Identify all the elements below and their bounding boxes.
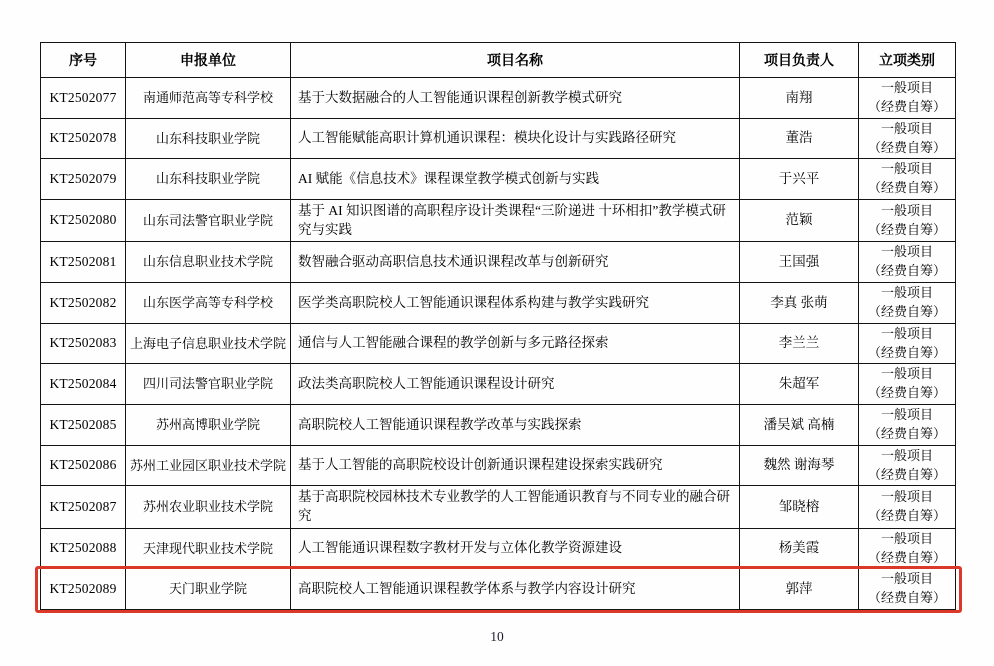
cell-title: 基于 AI 知识图谱的高职程序设计类课程“三阶递进 十环相扣”教学模式研究与实践 (291, 200, 740, 242)
cell-category: 一般项目 （经费自筹） (859, 159, 956, 200)
table-row: KT2502089 天门职业学院 高职院校人工智能通识课程教学体系与教学内容设计… (41, 569, 956, 610)
cell-leader: 郭萍 (740, 569, 859, 610)
cell-serial: KT2502087 (41, 486, 126, 528)
cell-serial: KT2502088 (41, 528, 126, 569)
table-row: KT2502077 南通师范高等专科学校 基于大数据融合的人工智能通识课程创新教… (41, 78, 956, 119)
cell-category: 一般项目 （经费自筹） (859, 323, 956, 364)
table-row: KT2502085 苏州高博职业学院 高职院校人工智能通识课程教学改革与实践探索… (41, 405, 956, 446)
projects-table: 序号 申报单位 项目名称 项目负责人 立项类别 KT2502077 南通师范高等… (40, 42, 956, 610)
cell-leader: 范颖 (740, 200, 859, 242)
cell-category: 一般项目 （经费自筹） (859, 445, 956, 486)
table-row: KT2502080 山东司法警官职业学院 基于 AI 知识图谱的高职程序设计类课… (41, 200, 956, 242)
column-header-org: 申报单位 (126, 43, 291, 78)
cell-org: 天门职业学院 (126, 569, 291, 610)
table-row: KT2502078 山东科技职业学院 人工智能赋能高职计算机通识课程：模块化设计… (41, 118, 956, 159)
cell-org: 苏州工业园区职业技术学院 (126, 445, 291, 486)
table-row: KT2502082 山东医学高等专科学校 医学类高职院校人工智能通识课程体系构建… (41, 283, 956, 324)
column-header-category: 立项类别 (859, 43, 956, 78)
cell-leader: 邹晓榕 (740, 486, 859, 528)
column-header-title: 项目名称 (291, 43, 740, 78)
table-row: KT2502084 四川司法警官职业学院 政法类高职院校人工智能通识课程设计研究… (41, 364, 956, 405)
cell-serial: KT2502081 (41, 242, 126, 283)
cell-title: 基于人工智能的高职院校设计创新通识课程建设探索实践研究 (291, 445, 740, 486)
cell-leader: 李真 张萌 (740, 283, 859, 324)
cell-category: 一般项目 （经费自筹） (859, 78, 956, 119)
cell-org: 苏州高博职业学院 (126, 405, 291, 446)
cell-title: 基于大数据融合的人工智能通识课程创新教学模式研究 (291, 78, 740, 119)
table-row: KT2502083 上海电子信息职业技术学院 通信与人工智能融合课程的教学创新与… (41, 323, 956, 364)
cell-title: 通信与人工智能融合课程的教学创新与多元路径探索 (291, 323, 740, 364)
cell-category: 一般项目 （经费自筹） (859, 364, 956, 405)
cell-org: 山东司法警官职业学院 (126, 200, 291, 242)
cell-serial: KT2502085 (41, 405, 126, 446)
table-header-row: 序号 申报单位 项目名称 项目负责人 立项类别 (41, 43, 956, 78)
cell-serial: KT2502079 (41, 159, 126, 200)
cell-org: 山东科技职业学院 (126, 118, 291, 159)
cell-serial: KT2502084 (41, 364, 126, 405)
cell-serial: KT2502083 (41, 323, 126, 364)
table-row: KT2502079 山东科技职业学院 AI 赋能《信息技术》课程课堂教学模式创新… (41, 159, 956, 200)
cell-title: 政法类高职院校人工智能通识课程设计研究 (291, 364, 740, 405)
cell-category: 一般项目 （经费自筹） (859, 118, 956, 159)
page-number: 10 (0, 629, 994, 645)
cell-title: 高职院校人工智能通识课程教学体系与教学内容设计研究 (291, 569, 740, 610)
cell-leader: 董浩 (740, 118, 859, 159)
cell-serial: KT2502080 (41, 200, 126, 242)
cell-serial: KT2502089 (41, 569, 126, 610)
cell-category: 一般项目 （经费自筹） (859, 283, 956, 324)
cell-org: 上海电子信息职业技术学院 (126, 323, 291, 364)
cell-org: 苏州农业职业技术学院 (126, 486, 291, 528)
cell-category: 一般项目 （经费自筹） (859, 569, 956, 610)
column-header-serial: 序号 (41, 43, 126, 78)
cell-category: 一般项目 （经费自筹） (859, 486, 956, 528)
cell-title: 人工智能赋能高职计算机通识课程：模块化设计与实践路径研究 (291, 118, 740, 159)
cell-leader: 王国强 (740, 242, 859, 283)
cell-serial: KT2502077 (41, 78, 126, 119)
column-header-leader: 项目负责人 (740, 43, 859, 78)
cell-org: 四川司法警官职业学院 (126, 364, 291, 405)
cell-org: 山东医学高等专科学校 (126, 283, 291, 324)
cell-category: 一般项目 （经费自筹） (859, 528, 956, 569)
cell-org: 山东科技职业学院 (126, 159, 291, 200)
table-row: KT2502087 苏州农业职业技术学院 基于高职院校园林技术专业教学的人工智能… (41, 486, 956, 528)
cell-leader: 李兰兰 (740, 323, 859, 364)
cell-serial: KT2502086 (41, 445, 126, 486)
cell-category: 一般项目 （经费自筹） (859, 242, 956, 283)
cell-title: 数智融合驱动高职信息技术通识课程改革与创新研究 (291, 242, 740, 283)
table-row: KT2502081 山东信息职业技术学院 数智融合驱动高职信息技术通识课程改革与… (41, 242, 956, 283)
cell-serial: KT2502078 (41, 118, 126, 159)
cell-category: 一般项目 （经费自筹） (859, 405, 956, 446)
cell-title: 人工智能通识课程数字教材开发与立体化教学资源建设 (291, 528, 740, 569)
cell-leader: 南翔 (740, 78, 859, 119)
cell-leader: 杨美霞 (740, 528, 859, 569)
cell-leader: 潘吴斌 高楠 (740, 405, 859, 446)
cell-serial: KT2502082 (41, 283, 126, 324)
cell-leader: 于兴平 (740, 159, 859, 200)
cell-org: 山东信息职业技术学院 (126, 242, 291, 283)
cell-leader: 朱超军 (740, 364, 859, 405)
cell-title: AI 赋能《信息技术》课程课堂教学模式创新与实践 (291, 159, 740, 200)
cell-category: 一般项目 （经费自筹） (859, 200, 956, 242)
table-row: KT2502086 苏州工业园区职业技术学院 基于人工智能的高职院校设计创新通识… (41, 445, 956, 486)
cell-title: 基于高职院校园林技术专业教学的人工智能通识教育与不同专业的融合研究 (291, 486, 740, 528)
cell-org: 南通师范高等专科学校 (126, 78, 291, 119)
cell-org: 天津现代职业技术学院 (126, 528, 291, 569)
cell-title: 医学类高职院校人工智能通识课程体系构建与教学实践研究 (291, 283, 740, 324)
cell-title: 高职院校人工智能通识课程教学改革与实践探索 (291, 405, 740, 446)
cell-leader: 魏然 谢海琴 (740, 445, 859, 486)
table-row: KT2502088 天津现代职业技术学院 人工智能通识课程数字教材开发与立体化教… (41, 528, 956, 569)
document-page: 序号 申报单位 项目名称 项目负责人 立项类别 KT2502077 南通师范高等… (0, 0, 994, 666)
